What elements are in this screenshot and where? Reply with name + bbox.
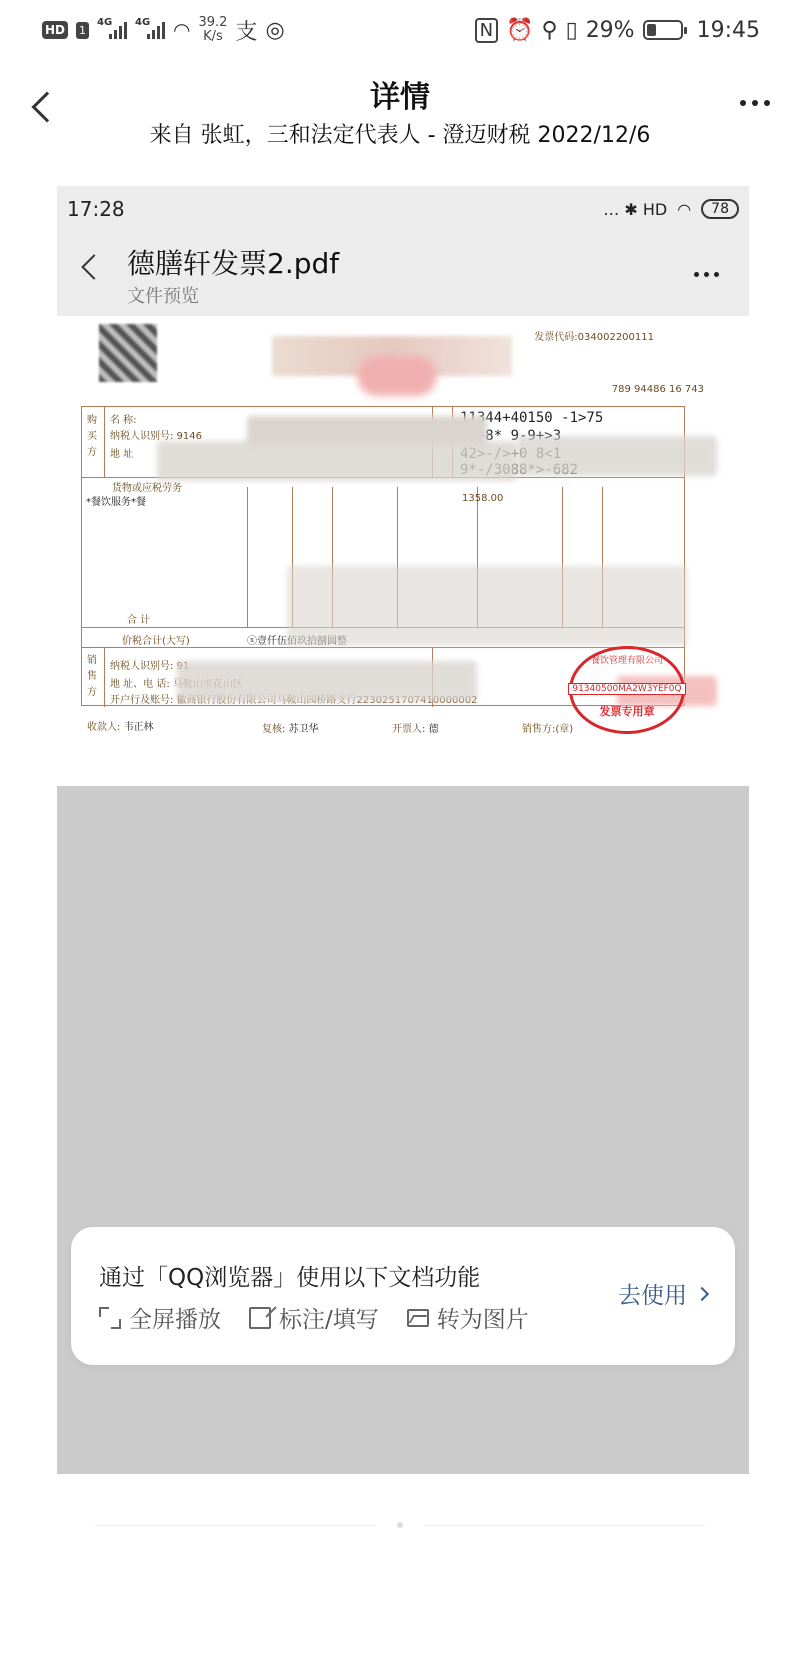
clock: 19:45 bbox=[697, 18, 760, 43]
page-indicator bbox=[397, 1522, 403, 1528]
fullscreen-action[interactable]: 全屏播放 bbox=[99, 1301, 221, 1334]
to-image-action[interactable]: 转为图片 bbox=[407, 1301, 529, 1334]
qr-code bbox=[99, 324, 157, 382]
signal-icon-2: 4G bbox=[135, 21, 165, 39]
inner-file-title: 德膳轩发票2.pdf bbox=[127, 242, 339, 282]
app-icon: ◎ bbox=[265, 18, 284, 43]
signal-icon: 4G bbox=[97, 21, 127, 39]
page-subtitle: 来自 张虹，三和法定代表人 - 澄迈财税 2022/12/6 bbox=[0, 118, 800, 149]
annotate-action[interactable]: 标注/填写 bbox=[249, 1301, 379, 1334]
edit-icon bbox=[249, 1307, 271, 1329]
divider bbox=[425, 1525, 705, 1526]
card-actions: 全屏播放 标注/填写 转为图片 bbox=[99, 1301, 529, 1334]
inner-more-icon bbox=[694, 272, 719, 277]
alarm-icon: ⏰ bbox=[506, 18, 533, 43]
inner-status-icons: … ✱ HD bbox=[603, 200, 667, 219]
network-speed: 39.2K/s bbox=[198, 16, 227, 44]
more-button[interactable] bbox=[740, 100, 770, 106]
inner-wifi-icon: ◠ bbox=[677, 200, 691, 219]
page-title: 详情 bbox=[0, 72, 800, 116]
nfc-icon: N bbox=[475, 18, 498, 43]
fullscreen-icon bbox=[99, 1307, 121, 1329]
go-use-button[interactable]: 去使用 bbox=[618, 1277, 707, 1310]
location-icon: ⚲ bbox=[541, 18, 557, 43]
inner-file-subtitle: 文件预览 bbox=[127, 282, 199, 308]
invoice-stamp: 餐饮管理有限公司 91340500MA2W3YEF0Q 发票专用章 bbox=[569, 646, 685, 734]
status-left: HD 1 4G 4G ◠ 39.2K/s 支 ◎ bbox=[42, 15, 285, 46]
header: 详情 来自 张虹，三和法定代表人 - 澄迈财税 2022/12/6 bbox=[0, 60, 800, 160]
invoice-code: 发票代码:034002200111 bbox=[534, 328, 654, 343]
hd-badge: HD bbox=[42, 21, 68, 39]
battery-icon bbox=[643, 20, 683, 40]
alipay-icon: 支 bbox=[235, 15, 257, 46]
battery-percent: 29% bbox=[586, 18, 635, 43]
status-bar: HD 1 4G 4G ◠ 39.2K/s 支 ◎ N ⏰ ⚲ ▯ 29% 19:… bbox=[0, 0, 800, 60]
chevron-right-icon bbox=[695, 1286, 709, 1300]
image-icon bbox=[407, 1309, 429, 1327]
vibrate-icon: ▯ bbox=[566, 18, 578, 43]
sim-badge: 1 bbox=[76, 22, 89, 39]
inner-battery: 78 bbox=[701, 199, 739, 219]
invoice-image: 发票代码:034002200111 789 94486 16 743 购买方 名… bbox=[57, 316, 749, 786]
inner-time: 17:28 bbox=[67, 197, 125, 221]
shared-screenshot[interactable]: 17:28 … ✱ HD◠78 德膳轩发票2.pdf 文件预览 发票代码:034… bbox=[57, 186, 749, 1474]
card-title: 通过「QQ浏览器」使用以下文档功能 bbox=[99, 1259, 480, 1292]
inner-header: 17:28 … ✱ HD◠78 德膳轩发票2.pdf 文件预览 bbox=[57, 186, 749, 316]
wifi-icon: ◠ bbox=[173, 18, 190, 42]
status-right: N ⏰ ⚲ ▯ 29% 19:45 bbox=[475, 18, 760, 43]
inner-status-bar: 17:28 … ✱ HD◠78 bbox=[67, 194, 739, 224]
inner-back-icon bbox=[81, 254, 106, 279]
qq-browser-card[interactable]: 通过「QQ浏览器」使用以下文档功能 全屏播放 标注/填写 转为图片 去使用 bbox=[71, 1227, 735, 1365]
divider bbox=[95, 1525, 375, 1526]
